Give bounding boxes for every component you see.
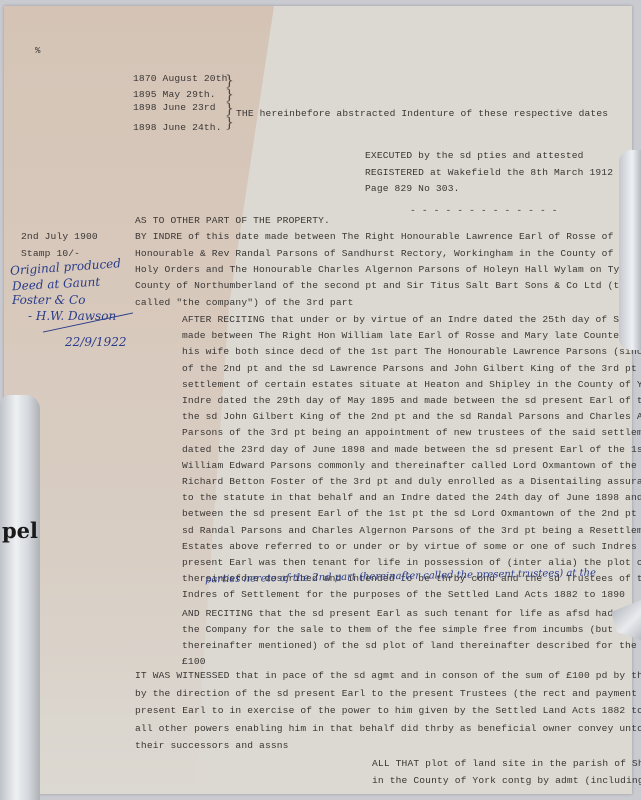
body-line: made between The Right Hon William late …	[182, 330, 641, 341]
margin-stamp: Stamp 10/-	[21, 248, 80, 259]
body-line: called "the company") of the 3rd part	[135, 297, 354, 308]
body-line: present Earl to in exercise of the power…	[135, 705, 641, 716]
page-reference: Page 829 No 303.	[365, 183, 460, 194]
body-line: all other powers enabling him in that be…	[135, 723, 641, 734]
body-line: Estates above referred to or under or by…	[182, 541, 641, 552]
body-line: AFTER RECITING that under or by virtue o…	[182, 314, 641, 325]
body-line: in the County of York contg by admt (inc…	[372, 775, 641, 786]
binding-ribbon	[0, 395, 40, 800]
registered-line: REGISTERED at Wakefield the 8th March 19…	[365, 167, 641, 178]
body-line: William Edward Parsons commonly and ther…	[182, 460, 641, 471]
body-line: settlement of certain estates situate at…	[182, 379, 641, 390]
body-line: his wife both since decd of the 1st part…	[182, 346, 641, 357]
recital-date: 1898 June 24th.	[133, 122, 222, 133]
recital-date: 1870 August 20th	[133, 73, 228, 84]
body-line: to the statute in that behalf and an Ind…	[182, 492, 641, 503]
body-line: £100	[182, 656, 206, 667]
body-line: dated the 23rd day of June 1898 and made…	[182, 444, 641, 455]
body-line: the Company for the sale to them of the …	[182, 624, 641, 635]
body-line: Holy Orders and The Honourable Charles A…	[135, 264, 641, 275]
body-line: IT WAS WITNESSED that in pace of the sd …	[135, 670, 641, 681]
handwritten-date: 22/9/1922	[65, 335, 127, 349]
section-heading: AS TO OTHER PART OF THE PROPERTY.	[135, 215, 330, 226]
body-line: Indres of Settlement for the purposes of…	[182, 589, 625, 600]
body-line: ALL THAT plot of land site in the parish…	[372, 758, 641, 769]
body-line: present Earl was then tenant for life in…	[182, 557, 641, 568]
handwritten-signature: - H.W. Dawson	[28, 309, 116, 323]
handwritten-note: Foster & Co	[12, 293, 85, 307]
body-line: BY INDRE of this date made between The R…	[135, 231, 641, 242]
divider: - - - - - - - - - - - - -	[410, 205, 558, 216]
body-line: of the 2nd pt and the sd Lawrence Parson…	[182, 363, 641, 374]
body-line: sd Randal Parsons and Charles Algernon P…	[182, 525, 641, 536]
body-line: County of Northumberland of the second p…	[135, 280, 641, 291]
body-line: their successors and assns	[135, 740, 289, 751]
body-line: Richard Betton Foster of the 3rd pt and …	[182, 476, 641, 487]
margin-date: 2nd July 1900	[21, 231, 98, 242]
executed-line: EXECUTED by the sd pties and attested	[365, 150, 584, 161]
recital-date: 1895 May 29th.	[133, 89, 216, 100]
recitals-caption: THE hereinbefore abstracted Indenture of…	[236, 108, 608, 119]
body-line: between the sd present Earl of the 1st p…	[182, 508, 641, 519]
body-line: Indre dated the 29th day of May 1895 and…	[182, 395, 641, 406]
binding-ribbon	[619, 150, 641, 350]
body-line: by the direction of the sd present Earl …	[135, 688, 641, 699]
body-line: Honourable & Rev Randal Parsons of Sandh…	[135, 248, 641, 259]
brace-mark: }}}}	[225, 74, 234, 130]
ribbon-label: pel	[2, 518, 38, 543]
body-line: the sd John Gilbert King of the 2nd pt a…	[182, 411, 641, 422]
recital-date: 1898 June 23rd	[133, 102, 216, 113]
body-line: Parsons of the 3rd pt being an appointme…	[182, 427, 641, 438]
corner-mark: %	[35, 46, 40, 56]
body-line: AND RECITING that the sd present Earl as…	[182, 608, 641, 619]
body-line: thereinafter mentioned) of the sd plot o…	[182, 640, 641, 651]
